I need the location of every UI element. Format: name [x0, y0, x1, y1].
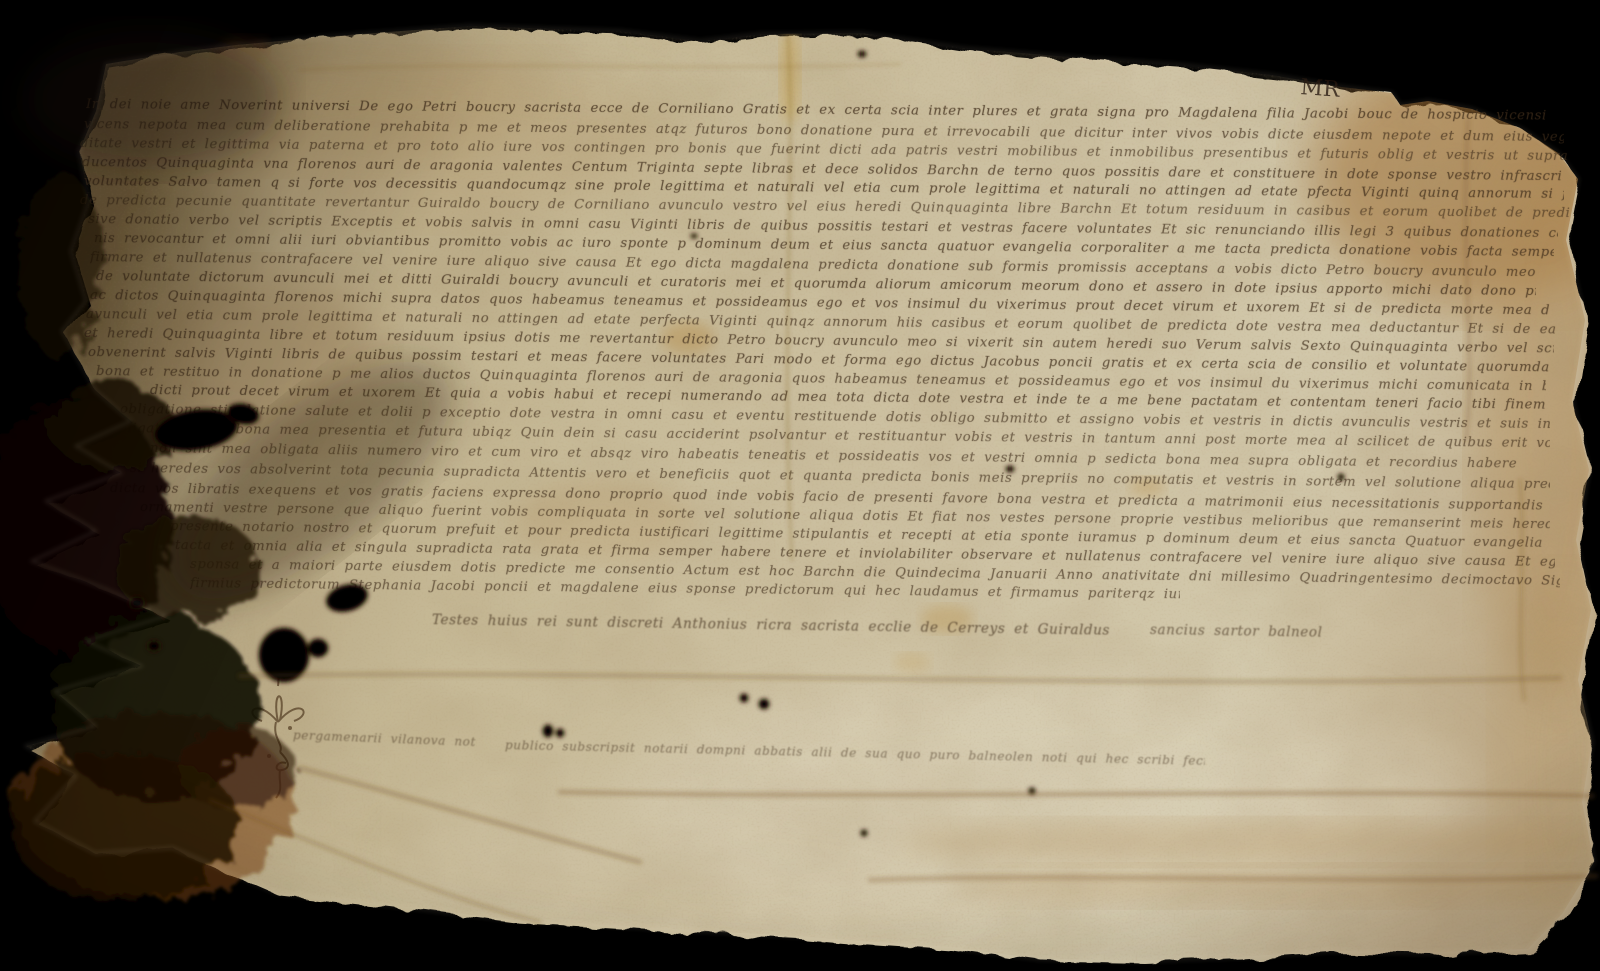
parchment-base-layer: MR [0, 0, 1600, 971]
stains-group [0, 0, 1600, 971]
parchment-speckle-texture [0, 0, 1600, 971]
photo-canvas: MR In dei noie ame Noverint universi De … [0, 0, 1600, 971]
archive-corner-mark: MR [1300, 75, 1342, 103]
